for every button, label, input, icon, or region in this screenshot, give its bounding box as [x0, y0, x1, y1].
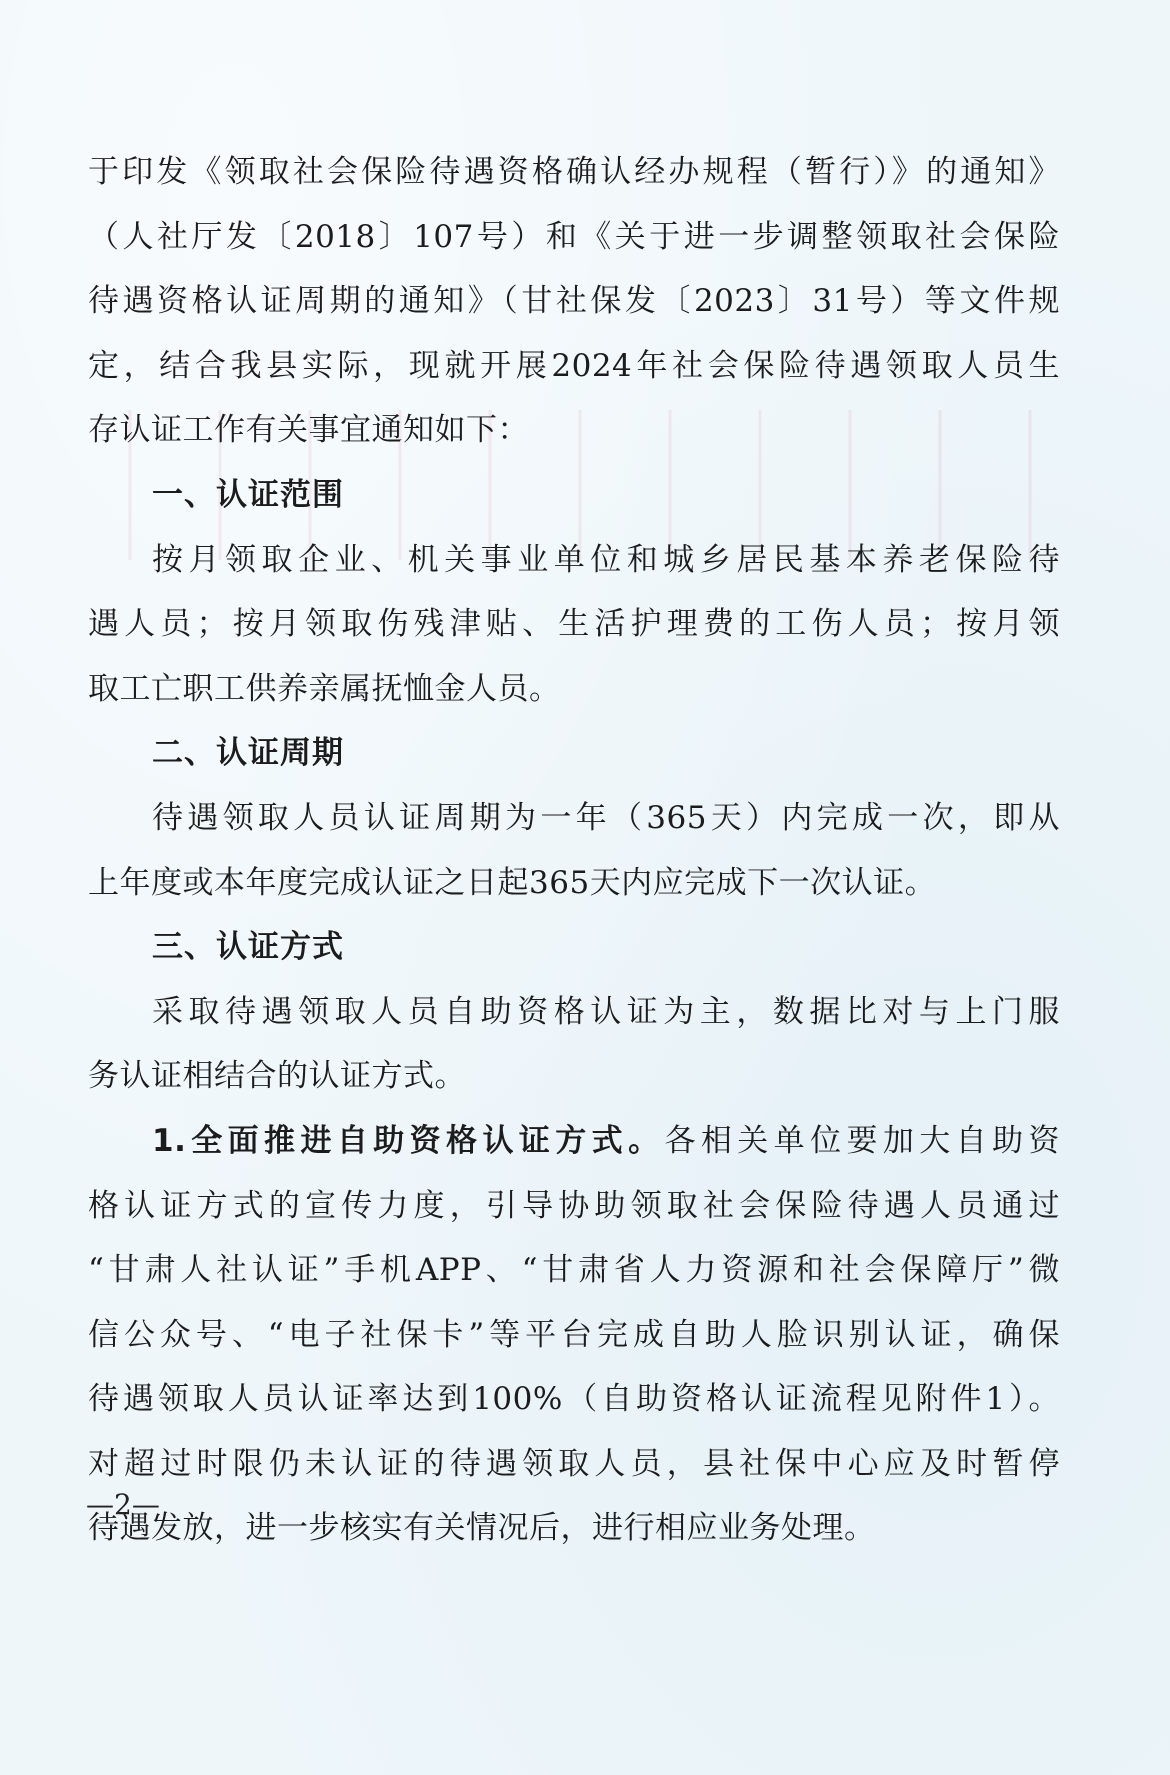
- intro-line: （人社厅发〔2018〕107号）和《关于进一步调整领取社会保险: [88, 205, 1060, 270]
- section-line: 取工亡职工供养亲属抚恤金人员。: [88, 657, 1060, 722]
- intro-line: 于印发《领取社会保险待遇资格确认经办规程（暂行）》的通知》: [88, 140, 1060, 205]
- item-1-line: 信公众号、“电子社保卡”等平台完成自助人脸识别认证，确保: [88, 1303, 1060, 1368]
- section-heading-method: 三、认证方式: [88, 915, 1060, 980]
- section-line: 上年度或本年度完成认证之日起365天内应完成下一次认证。: [88, 851, 1060, 916]
- item-1-line: “甘肃人社认证”手机APP、“甘肃省人力资源和社会保障厅”微: [88, 1238, 1060, 1303]
- item-1-line: 格认证方式的宣传力度，引导协助领取社会保险待遇人员通过: [88, 1174, 1060, 1239]
- item-1-line: 待遇发放，进一步核实有关情况后，进行相应业务处理。: [88, 1496, 1060, 1561]
- section-line: 按月领取企业、机关事业单位和城乡居民基本养老保险待: [88, 528, 1060, 593]
- section-line: 遇人员；按月领取伤残津贴、生活护理费的工伤人员；按月领: [88, 592, 1060, 657]
- document-body: 于印发《领取社会保险待遇资格确认经办规程（暂行）》的通知》 （人社厅发〔2018…: [88, 140, 1060, 1561]
- intro-line: 待遇资格认证周期的通知》（甘社保发〔2023〕31号）等文件规: [88, 269, 1060, 334]
- section-heading-scope: 一、认证范围: [88, 463, 1060, 528]
- item-1-first-line: 1.全面推进自助资格认证方式。各相关单位要加大自助资: [88, 1109, 1060, 1174]
- intro-line: 存认证工作有关事宜通知如下：: [88, 398, 1060, 463]
- item-1-lead: 1.全面推进自助资格认证方式。: [152, 1123, 664, 1159]
- page-number: —2—: [86, 1488, 160, 1521]
- item-1-first-line-rest: 各相关单位要加大自助资: [664, 1123, 1060, 1159]
- item-1-line: 对超过时限仍未认证的待遇领取人员，县社保中心应及时暂停: [88, 1432, 1060, 1497]
- section-line: 采取待遇领取人员自助资格认证为主，数据比对与上门服: [88, 980, 1060, 1045]
- section-line: 待遇领取人员认证周期为一年（365天）内完成一次，即从: [88, 786, 1060, 851]
- section-heading-period: 二、认证周期: [88, 721, 1060, 786]
- item-1-line: 待遇领取人员认证率达到100%（自助资格认证流程见附件1）。: [88, 1367, 1060, 1432]
- section-line: 务认证相结合的认证方式。: [88, 1044, 1060, 1109]
- intro-line: 定，结合我县实际，现就开展2024年社会保险待遇领取人员生: [88, 334, 1060, 399]
